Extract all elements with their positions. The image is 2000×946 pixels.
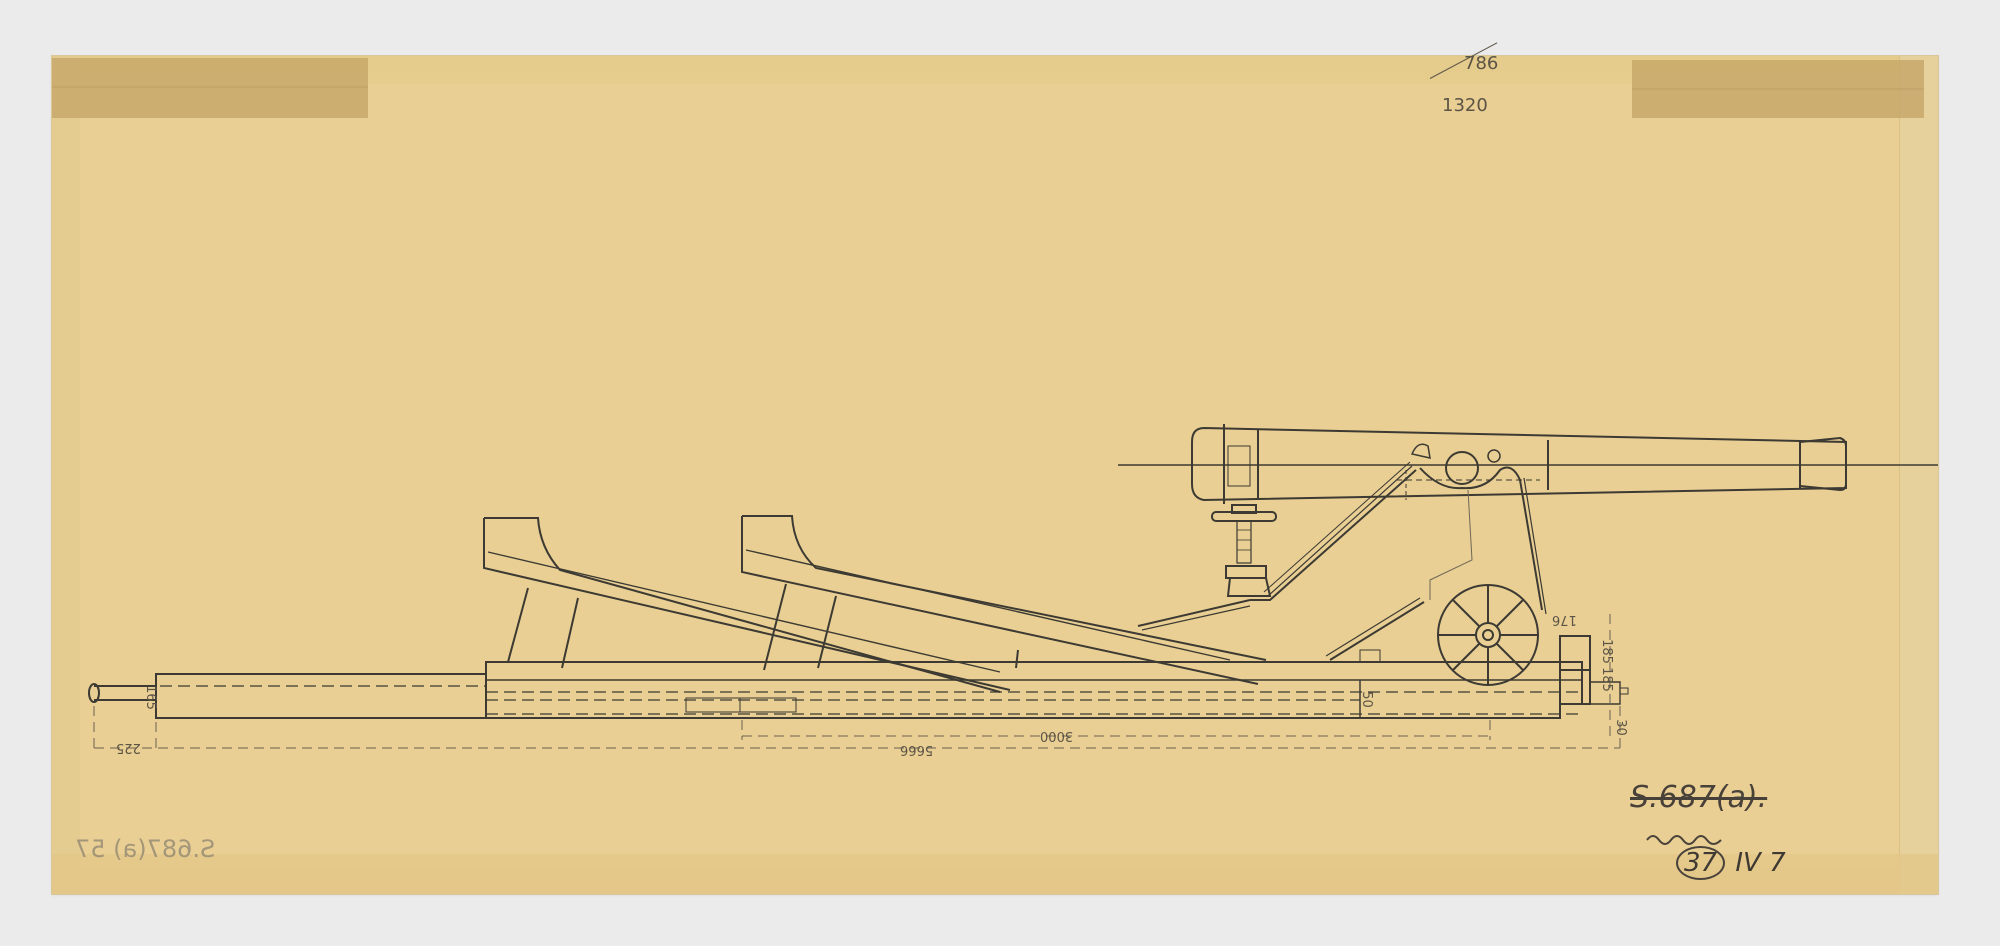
mirrored-catalog-note: S.687(a) 57 (75, 835, 215, 863)
catalog-number-circled: 37 (1676, 846, 1725, 880)
dim-right-vertical-2: 185 (1599, 667, 1614, 692)
dim-total-length: 5666 (900, 742, 933, 757)
dim-slide-length: 3000 (1040, 728, 1073, 743)
top-right-calculation-note: 786 1320 (1430, 48, 1510, 128)
slide-rail-rear (484, 518, 1010, 692)
struck-catalog-number: S.687(a). (1630, 780, 1767, 815)
dim-mid-mark: 50 (1359, 691, 1374, 708)
calc-denominator: 1320 (1442, 96, 1488, 116)
dim-right-vertical-1: 185 (1599, 639, 1614, 664)
dim-right-offset: 176 (1552, 612, 1577, 627)
dim-left-overhang: 225 (116, 740, 141, 755)
catalog-number-suffix: IV 7 (1735, 848, 1785, 878)
cannon-barrel (1118, 424, 1938, 504)
slide-rail-front (742, 516, 1266, 684)
dim-left-height: 165 (143, 685, 158, 710)
dim-right-vertical-3: 30 (1613, 719, 1628, 736)
dimension-lines (94, 614, 1620, 752)
catalog-number: 37 IV 7 (1676, 846, 1786, 880)
elevating-screw (1212, 505, 1276, 596)
base-platform (89, 636, 1628, 718)
carriage-wheel (1438, 585, 1538, 685)
